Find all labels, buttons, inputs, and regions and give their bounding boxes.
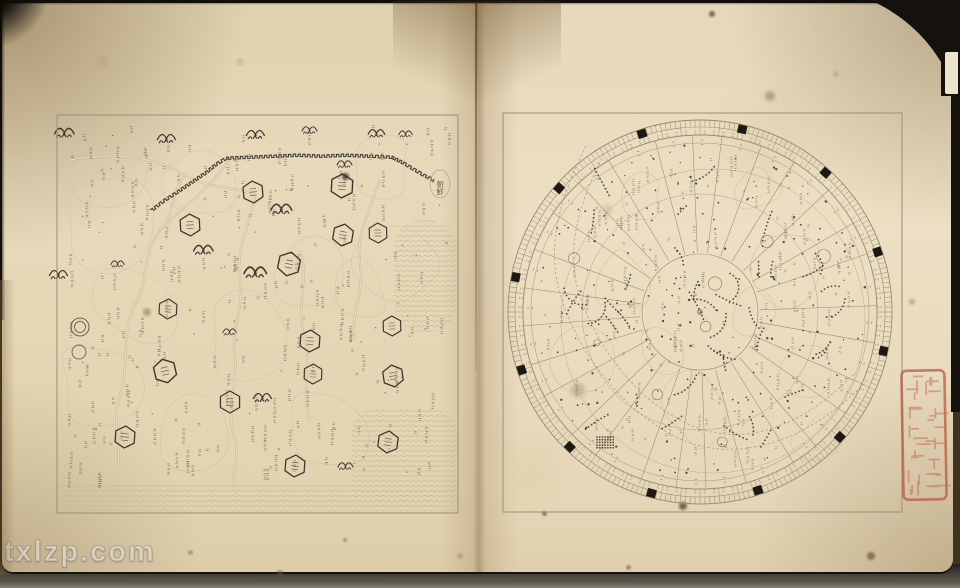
star-name-labels <box>540 155 851 469</box>
constellation-links <box>588 167 830 435</box>
star-dots <box>543 159 858 472</box>
book-edge-right <box>845 0 960 588</box>
ecliptic-circle <box>561 169 865 473</box>
province-map: 朝鮮 <box>50 108 466 520</box>
watermark-text: txlzp.com <box>4 536 156 569</box>
book-scan-photo: 朝鮮 txlzp.com <box>0 0 960 588</box>
capital-symbols <box>71 318 89 359</box>
great-wall <box>150 154 434 210</box>
korea-label-text: 朝鮮 <box>435 179 444 197</box>
page-edge-notch <box>945 52 960 94</box>
milky-way-band <box>554 146 866 449</box>
korea-label: 朝鮮 <box>430 170 450 198</box>
